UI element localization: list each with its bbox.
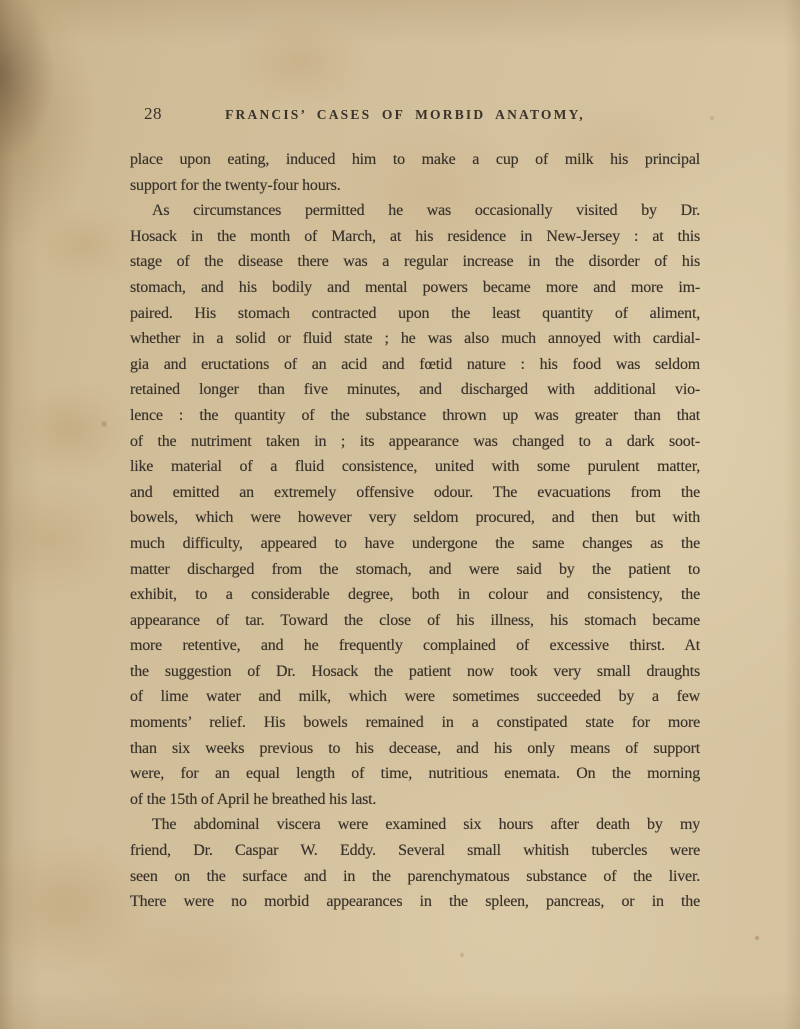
text-line: of the 15th of April he breathed his las… <box>130 787 700 813</box>
text-line: paired. His stomach contracted upon the … <box>130 301 700 327</box>
text-line: than six weeks previous to his decease, … <box>130 736 700 762</box>
text-line: whether in a solid or fluid state ; he w… <box>130 326 700 352</box>
body-text: place upon eating, induced him to make a… <box>130 147 700 915</box>
text-line: of lime water and milk, which were somet… <box>130 684 700 710</box>
text-line: much difficulty, appeared to have underg… <box>130 531 700 557</box>
text-line: appearance of tar. Toward the close of h… <box>130 608 700 634</box>
text-line: matter discharged from the stomach, and … <box>130 557 700 583</box>
text-line: were, for an equal length of time, nutri… <box>130 761 700 787</box>
text-line: There were no morbid appearances in the … <box>130 889 700 915</box>
text-line: stomach, and his bodily and mental power… <box>130 275 700 301</box>
text-line: The abdominal viscera were examined six … <box>130 812 700 838</box>
text-line: like material of a fluid consistence, un… <box>130 454 700 480</box>
text-line: Hosack in the month of March, at his res… <box>130 224 700 250</box>
text-line: more retentive, and he frequently compla… <box>130 633 700 659</box>
text-line: the suggestion of Dr. Hosack the patient… <box>130 659 700 685</box>
text-line: exhibit, to a considerable degree, both … <box>130 582 700 608</box>
page-header: 28 FRANCIS’ CASES OF MORBID ANATOMY, <box>130 103 700 127</box>
text-line: retained longer than five minutes, and d… <box>130 377 700 403</box>
text-line: place upon eating, induced him to make a… <box>130 147 700 173</box>
text-line: stage of the disease there was a regular… <box>130 249 700 275</box>
book-page-scan: 28 FRANCIS’ CASES OF MORBID ANATOMY, pla… <box>0 0 800 1029</box>
text-line: of the nutriment taken in ; its appearan… <box>130 429 700 455</box>
text-line: As circumstances permitted he was occasi… <box>130 198 700 224</box>
text-line: moments’ relief. His bowels remained in … <box>130 710 700 736</box>
text-line: and emitted an extremely offensive odour… <box>130 480 700 506</box>
text-line: gia and eructations of an acid and fœtid… <box>130 352 700 378</box>
text-line: bowels, which were however very seldom p… <box>130 505 700 531</box>
text-line: lence : the quantity of the substance th… <box>130 403 700 429</box>
running-title: FRANCIS’ CASES OF MORBID ANATOMY, <box>120 107 690 123</box>
text-line: seen on the surface and in the parenchym… <box>130 864 700 890</box>
text-line: friend, Dr. Caspar W. Eddy. Several smal… <box>130 838 700 864</box>
text-line: support for the twenty-four hours. <box>130 173 700 199</box>
